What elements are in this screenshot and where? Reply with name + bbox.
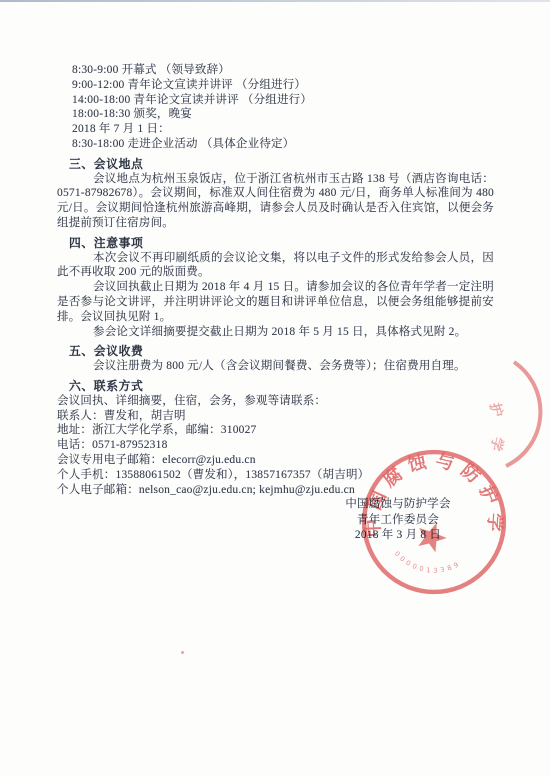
contact-line: 地址：浙江大学化学系，邮编：310027 (57, 423, 494, 438)
schedule-line: 18:00-18:30 颁奖，晚宴 (57, 107, 494, 122)
scan-speck (181, 651, 184, 654)
section-heading-contact: 六、联系方式 (57, 379, 494, 394)
schedule-line: 9:00-12:00 青年论文宣读并讲评 （分组进行） (57, 78, 494, 93)
section-heading-venue: 三、会议地点 (57, 157, 494, 172)
schedule-line: 8:30-9:00 开幕式 （领导致辞） (57, 63, 494, 78)
schedule-line: 8:30-18:00 走进企业活动 （具体企业待定） (57, 137, 494, 152)
partial-seal-char: 学 (487, 435, 507, 453)
section-heading-notes: 四、注意事项 (57, 236, 494, 251)
partial-seal-char: 护 (486, 401, 506, 418)
schedule-line: 2018 年 7 月 1 日： (57, 122, 494, 137)
contact-line: 会议回执、详细摘要，住宿，会务，参观等请联系： (57, 394, 494, 409)
scanned-document-page: 8:30-9:00 开幕式 （领导致辞） 9:00-12:00 青年论文宣读并讲… (0, 0, 550, 777)
partial-seal-stamp: 护 学 (468, 360, 550, 470)
paragraph: 参会论文详细摘要提交截止日期为 2018 年 5 月 15 日，具体格式见附 2… (57, 325, 494, 340)
schedule-line: 14:00-18:00 青年论文宣读并讲评 （分组进行） (57, 93, 494, 108)
section-heading-fees: 五、会议收费 (57, 344, 494, 359)
paragraph: 本次会议不再印刷纸质的会议论文集，将以电子文件的形式发给参会人员，因此不再收取 … (57, 251, 494, 281)
partial-seal-arc (506, 362, 540, 466)
paragraph: 会议地点为杭州玉泉饭店，位于浙江省杭州市玉古路 138 号（酒店咨询电话：057… (57, 172, 494, 231)
paragraph: 会议注册费为 800 元/人（含会议期间餐费、会务费等）；住宿费用自理。 (57, 359, 494, 374)
scan-edge-line (0, 0, 550, 2)
contact-line: 联系人：曹发和，胡吉明 (57, 409, 494, 424)
star-icon (418, 523, 446, 552)
paragraph: 会议回执截止日期为 2018 年 4 月 15 日。请参加会议的各位青年学者一定… (57, 280, 494, 324)
seal-serial-number: 0000013389 (393, 550, 463, 575)
